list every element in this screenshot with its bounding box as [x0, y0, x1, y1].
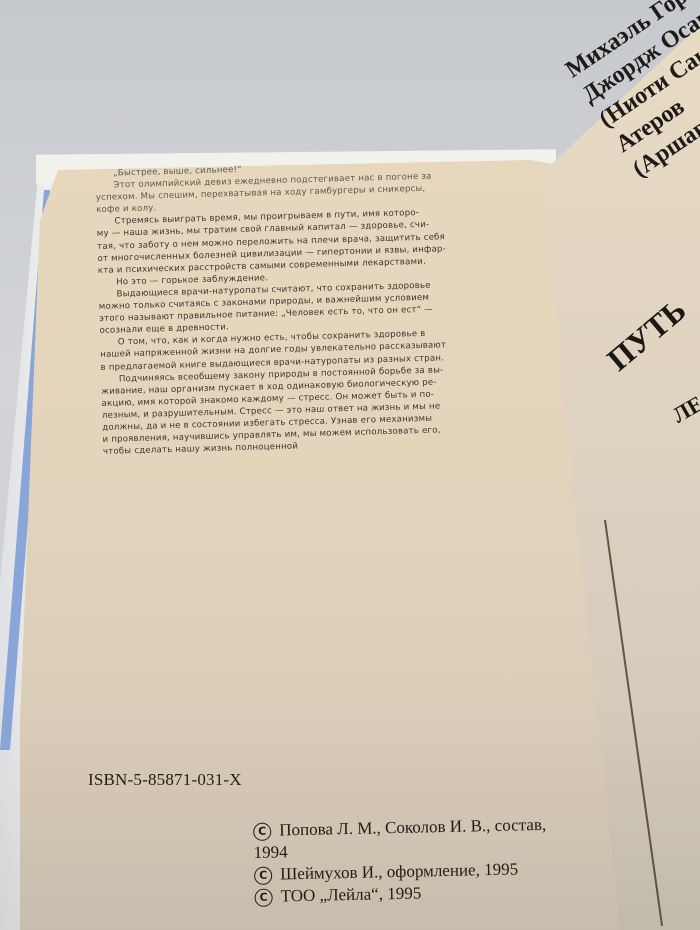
copyright-icon: C — [254, 867, 272, 885]
book-photo-scene: „Быстрее, выше, сильнее!“ Этот олимпийск… — [0, 0, 700, 930]
copyright-block: CПопова Л. М., Соколов И. В., состав, 19… — [253, 812, 635, 908]
copyright-icon: C — [253, 823, 271, 841]
copyright-icon: C — [254, 889, 272, 907]
annotation-text: „Быстрее, выше, сильнее!“ Этот олимпийск… — [95, 155, 573, 458]
isbn-number: ISBN-5-85871-031-X — [88, 770, 242, 790]
